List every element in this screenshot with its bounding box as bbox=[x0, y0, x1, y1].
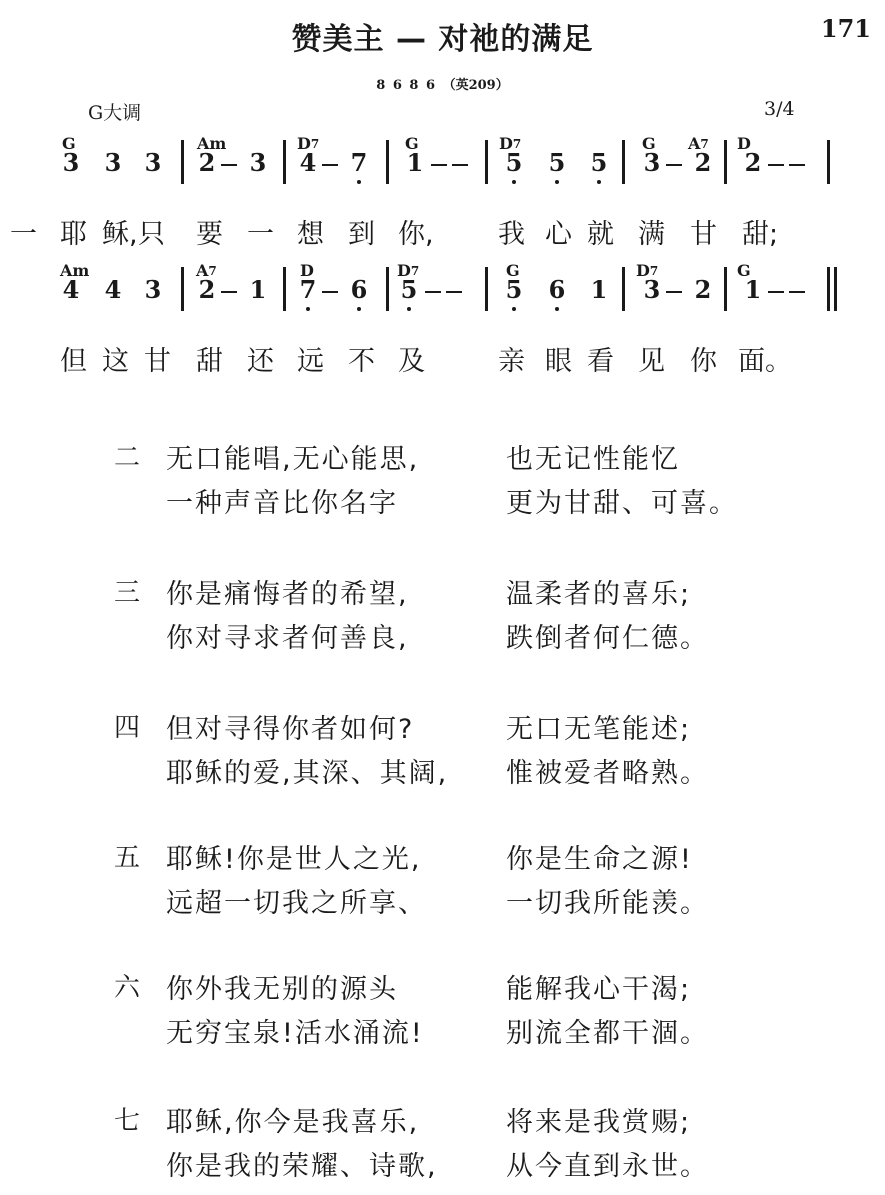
verse-line-first-half: 耶稣,你今是我喜乐, bbox=[166, 1100, 419, 1139]
bar-line bbox=[181, 140, 184, 184]
bar-line bbox=[827, 140, 830, 184]
note-number: 3 bbox=[642, 148, 662, 177]
lower-octave-dot bbox=[555, 180, 559, 184]
verse-line-second-half: 别流全都干涸。 bbox=[506, 1011, 709, 1050]
note-number: 5 bbox=[547, 148, 567, 177]
bar-line bbox=[386, 267, 389, 311]
note-number: 3 bbox=[642, 275, 662, 304]
sustain-dash bbox=[221, 164, 237, 166]
lower-octave-dot bbox=[407, 307, 411, 311]
verse-line-first-half: 远超一切我之所享、 bbox=[166, 881, 427, 920]
time-signature: 3/4 bbox=[764, 98, 795, 120]
verse-line-second-half: 将来是我赏赐; bbox=[506, 1100, 691, 1139]
lyric-syllable: 心 bbox=[545, 212, 572, 251]
verse-line-second-half: 无口无笔能述; bbox=[506, 707, 691, 746]
lyric-syllable: 甘 bbox=[690, 212, 717, 251]
lyric-syllable: 亲 bbox=[498, 339, 525, 378]
lyric-syllable: 稣, bbox=[102, 212, 138, 251]
verse-line-first-half: 你是我的荣耀、诗歌, bbox=[166, 1144, 438, 1183]
lyric-syllable: 这 bbox=[102, 339, 129, 378]
note-number: 4 bbox=[298, 148, 318, 177]
verse-number: 七 bbox=[114, 1100, 140, 1137]
verse-line-second-half: 跌倒者何仁德。 bbox=[506, 616, 709, 655]
verse-line-second-half: 你是生命之源! bbox=[506, 837, 693, 876]
note-number: 7 bbox=[349, 148, 369, 177]
final-bar-line bbox=[827, 267, 830, 311]
verse-line-second-half: 更为甘甜、可喜。 bbox=[506, 481, 738, 520]
sustain-dash bbox=[768, 291, 784, 293]
verse-line-first-half: 你外我无别的源头 bbox=[166, 967, 398, 1006]
verse-line-first-half: 无口能唱,无心能思, bbox=[166, 437, 419, 476]
lyric-syllable: 要 bbox=[196, 212, 223, 251]
verse-line-first-half: 无穷宝泉!活水涌流! bbox=[166, 1011, 424, 1050]
verse-number: 六 bbox=[114, 967, 140, 1004]
note-number: 6 bbox=[349, 275, 369, 304]
note-number: 1 bbox=[589, 275, 609, 304]
note-number: 2 bbox=[197, 148, 217, 177]
note-number: 3 bbox=[143, 275, 163, 304]
lyric-syllable: 甘 bbox=[144, 339, 171, 378]
note-number: 7 bbox=[298, 275, 318, 304]
lyric-syllable: 甜; bbox=[742, 212, 778, 251]
note-number: 4 bbox=[103, 275, 123, 304]
bar-line bbox=[724, 140, 727, 184]
note-number: 2 bbox=[197, 275, 217, 304]
bar-line bbox=[386, 140, 389, 184]
lower-octave-dot bbox=[306, 307, 310, 311]
sustain-dash bbox=[789, 164, 805, 166]
sustain-dash bbox=[789, 291, 805, 293]
note-number: 1 bbox=[743, 275, 763, 304]
lower-octave-dot bbox=[512, 180, 516, 184]
final-bar-line bbox=[834, 267, 837, 311]
verse-line-second-half: 从今直到永世。 bbox=[506, 1144, 709, 1183]
note-number: 2 bbox=[743, 148, 763, 177]
note-number: 5 bbox=[399, 275, 419, 304]
verse-line-first-half: 耶稣的爱,其深、其阔, bbox=[166, 751, 448, 790]
note-number: 3 bbox=[248, 148, 268, 177]
bar-line bbox=[622, 267, 625, 311]
lower-octave-dot bbox=[512, 307, 516, 311]
hymn-title: 赞美主 — 对祂的满足 bbox=[0, 14, 885, 58]
sustain-dash bbox=[221, 291, 237, 293]
lyric-syllable: 不 bbox=[348, 339, 375, 378]
sustain-dash bbox=[768, 164, 784, 166]
note-number: 5 bbox=[504, 275, 524, 304]
lyric-syllable: 就 bbox=[587, 212, 614, 251]
verse-number: 四 bbox=[114, 707, 140, 744]
key-signature: G大调 bbox=[88, 98, 141, 125]
lyric-syllable: 远 bbox=[297, 339, 324, 378]
bar-line bbox=[181, 267, 184, 311]
sustain-dash bbox=[322, 291, 338, 293]
sustain-dash bbox=[666, 164, 682, 166]
note-number: 2 bbox=[693, 275, 713, 304]
page-number: 171 bbox=[821, 14, 871, 43]
verse-line-second-half: 能解我心干渴; bbox=[506, 967, 691, 1006]
verse-line-first-half: 你对寻求者何善良, bbox=[166, 616, 409, 655]
note-number: 4 bbox=[61, 275, 81, 304]
note-number: 5 bbox=[589, 148, 609, 177]
verse-number: 五 bbox=[114, 837, 140, 874]
sustain-dash bbox=[452, 164, 468, 166]
verse-number: 三 bbox=[114, 572, 140, 609]
lower-octave-dot bbox=[357, 307, 361, 311]
verse-number: 二 bbox=[114, 437, 140, 474]
bar-line bbox=[283, 140, 286, 184]
verse-line-second-half: 一切我所能羡。 bbox=[506, 881, 709, 920]
verse-line-second-half: 温柔者的喜乐; bbox=[506, 572, 691, 611]
note-number: 5 bbox=[504, 148, 524, 177]
lyric-syllable: 耶 bbox=[60, 212, 87, 251]
note-number: 3 bbox=[103, 148, 123, 177]
bar-line bbox=[622, 140, 625, 184]
lyric-syllable: 甜 bbox=[196, 339, 223, 378]
note-number: 6 bbox=[547, 275, 567, 304]
sustain-dash bbox=[666, 291, 682, 293]
bar-line bbox=[283, 267, 286, 311]
verse-line-first-half: 耶稣!你是世人之光, bbox=[166, 837, 421, 876]
lower-octave-dot bbox=[357, 180, 361, 184]
verse-line-first-half: 一种声音比你名字 bbox=[166, 481, 398, 520]
note-number: 1 bbox=[248, 275, 268, 304]
lyric-syllable: 只 bbox=[138, 212, 165, 251]
lyric-syllable: 一 bbox=[247, 212, 274, 251]
bar-line bbox=[724, 267, 727, 311]
note-number: 3 bbox=[61, 148, 81, 177]
lyric-syllable: 一 bbox=[10, 212, 37, 251]
lyric-syllable: 看 bbox=[587, 339, 614, 378]
meter-info: 8 6 8 6 （英209） bbox=[0, 74, 885, 93]
lyric-syllable: 到 bbox=[348, 212, 375, 251]
note-number: 2 bbox=[693, 148, 713, 177]
sustain-dash bbox=[322, 164, 338, 166]
verse-line-first-half: 你是痛悔者的希望, bbox=[166, 572, 409, 611]
sustain-dash bbox=[425, 291, 441, 293]
verse-line-first-half: 但对寻得你者如何? bbox=[166, 707, 414, 746]
verse-line-second-half: 惟被爱者略熟。 bbox=[506, 751, 709, 790]
note-number: 3 bbox=[143, 148, 163, 177]
bar-line bbox=[485, 140, 488, 184]
sustain-dash bbox=[431, 164, 447, 166]
verse-line-second-half: 也无记性能忆 bbox=[506, 437, 680, 476]
lyric-syllable: 你 bbox=[690, 339, 717, 378]
lyric-syllable: 满 bbox=[638, 212, 665, 251]
lyric-syllable: 我 bbox=[498, 212, 525, 251]
lyric-syllable: 你, bbox=[398, 212, 434, 251]
lower-octave-dot bbox=[597, 180, 601, 184]
lyric-syllable: 眼 bbox=[545, 339, 572, 378]
lower-octave-dot bbox=[555, 307, 559, 311]
note-number: 1 bbox=[405, 148, 425, 177]
lyric-syllable: 但 bbox=[60, 339, 87, 378]
bar-line bbox=[485, 267, 488, 311]
lyric-syllable: 面。 bbox=[738, 339, 792, 378]
sustain-dash bbox=[446, 291, 462, 293]
lyric-syllable: 还 bbox=[247, 339, 274, 378]
lyric-syllable: 想 bbox=[297, 212, 324, 251]
lyric-syllable: 及 bbox=[398, 339, 425, 378]
lyric-syllable: 见 bbox=[638, 339, 665, 378]
